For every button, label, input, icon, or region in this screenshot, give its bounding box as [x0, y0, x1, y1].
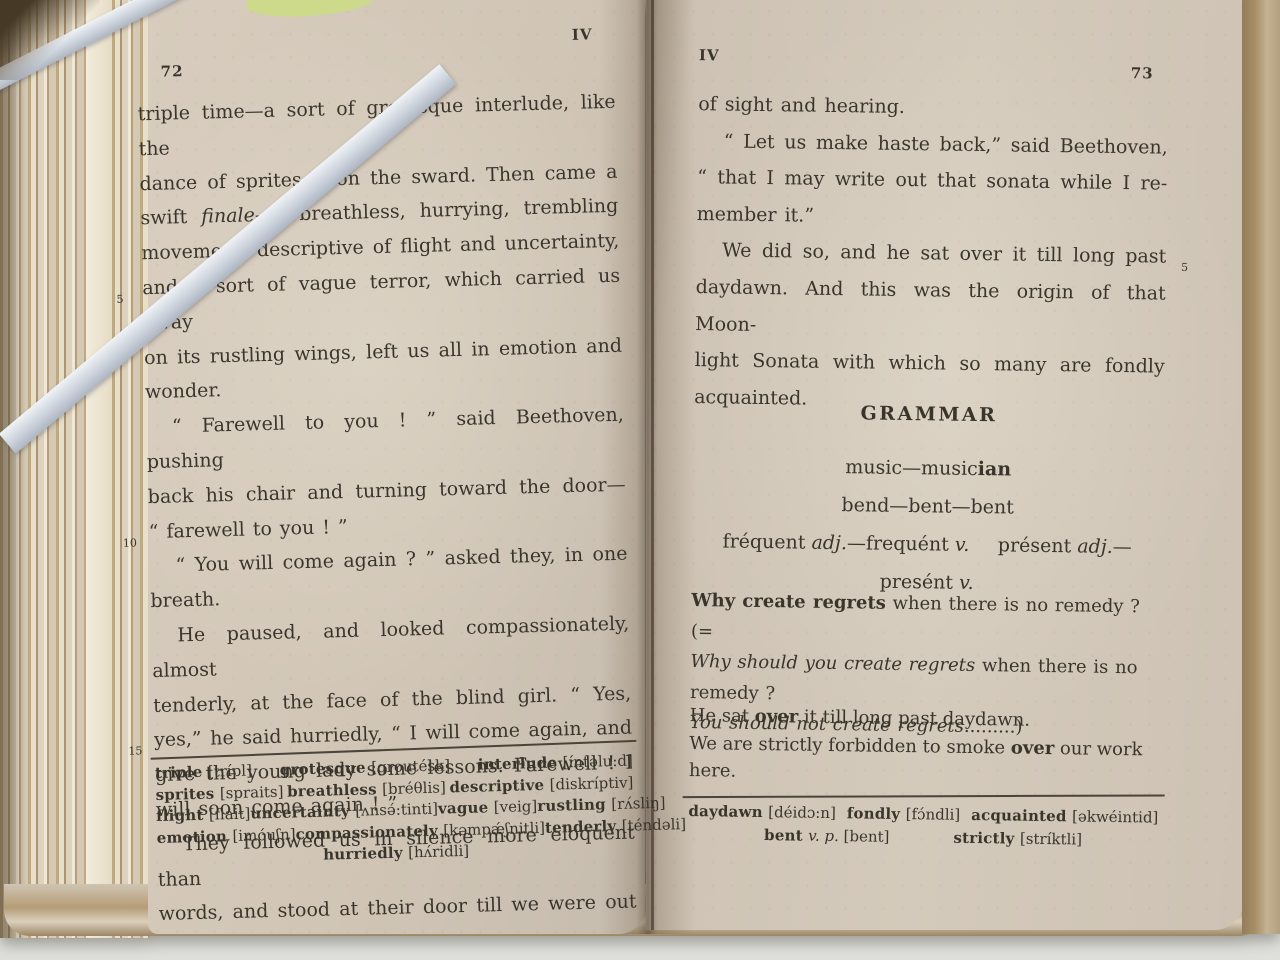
text-segment: fréquent — [722, 530, 811, 553]
text-segment: [veig] — [494, 797, 538, 816]
text-segment: strictly — [953, 829, 1020, 848]
text-segment: [spraits] — [220, 782, 284, 802]
vocab-entry: flight [flait] — [156, 804, 251, 828]
dark-corner — [0, 0, 100, 80]
book-photo: 72 IV triple time—a sort of grotesque in… — [0, 0, 1280, 960]
text-segment: of sight and hearing. — [698, 93, 905, 118]
grammar-drill-lines: music—musicianbend—bent—bentfréquent adj… — [691, 446, 1163, 605]
text-segment: [ʌnsə́:tinti] — [355, 800, 438, 820]
text-segment: [imóuʃn] — [232, 825, 296, 845]
text-segment: [əkwéintid] — [1072, 807, 1159, 826]
text-segment: yes,” he said hurriedly, “ I will come a… — [154, 717, 632, 752]
text-segment: over — [1011, 737, 1055, 759]
page-edge-highlight — [86, 0, 112, 938]
text-segment: descriptive — [449, 775, 550, 796]
grammar-example-lines: He sat over it till long past daydawn.We… — [689, 702, 1160, 791]
text-segment: ian — [978, 458, 1012, 480]
text-segment: swift — [140, 206, 201, 230]
text-segment: We did so, and he sat over it till long … — [722, 240, 1166, 268]
text-segment: He sat — [690, 705, 755, 727]
text-segment: over — [755, 706, 799, 728]
text-line: We are strictly forbidden to smoke over … — [689, 730, 1160, 792]
text-segment: [stríktli] — [1020, 830, 1082, 849]
text-line: Why create regrets when there is no reme… — [691, 586, 1162, 654]
open-book: 72 IV triple time—a sort of grotesque in… — [0, 0, 1280, 940]
text-segment: [íntəlu:d] — [562, 752, 633, 772]
text-segment: [rʌ́sliŋ] — [611, 794, 666, 813]
gutter-crease — [651, 0, 654, 930]
vocab-entry: acquainted [əkwéintid] — [971, 804, 1159, 830]
text-segment: “ Farewell to you ! ” said Beethoven, pu… — [147, 404, 625, 473]
text-segment: music—music — [845, 456, 978, 480]
text-segment: back his chair and turning toward the do… — [147, 473, 625, 508]
text-segment: bend—bent—bent — [841, 494, 1014, 518]
left-chapter-marker: IV — [572, 25, 593, 44]
right-vocab-rule — [683, 794, 1165, 798]
text-segment: compassionately — [295, 821, 443, 843]
left-page-number: 72 — [160, 62, 183, 81]
text-segment: grotesque — [280, 758, 372, 778]
text-segment: adj. — [811, 532, 847, 554]
text-line: He paused, and looked compassionately, a… — [151, 607, 631, 689]
text-segment: [déidɔ:n] — [768, 803, 836, 822]
text-segment: rustling — [537, 795, 611, 815]
right-body-text: of sight and hearing.“ Let us make haste… — [694, 86, 1169, 422]
text-segment: Why should you create regrets — [690, 651, 975, 676]
text-segment: [trípl] — [208, 762, 253, 781]
text-segment: Why create regrets — [691, 590, 886, 614]
text-line: daydawn. And this was the origin of that… — [695, 269, 1166, 349]
text-segment: flight — [156, 806, 209, 825]
text-line: “ Farewell to you ! ” said Beethoven, pu… — [145, 398, 625, 480]
right-page-edge — [1242, 0, 1280, 934]
text-segment: sprites — [155, 784, 220, 804]
text-segment: [téndəli] — [621, 815, 686, 835]
text-segment: v. — [955, 534, 970, 556]
text-segment: [fɔ́ndli] — [906, 805, 961, 824]
text-segment: [kəmpǽʃnitli] — [443, 818, 545, 839]
text-segment: on its rustling wings, left us all in em… — [144, 334, 622, 369]
text-segment: daydawn — [688, 802, 768, 821]
vocab-entry: fondly [fɔ́ndli] — [847, 802, 961, 827]
text-segment: uncertainty — [250, 802, 355, 823]
right-vocab-list: daydawn [déidɔ:n]fondly [fɔ́ndli]acquain… — [688, 800, 1159, 853]
line-number: 15 — [128, 735, 143, 770]
text-segment: [groutésk] — [371, 756, 450, 776]
text-segment: emotion — [156, 827, 232, 847]
text-segment: interlude — [478, 753, 563, 773]
vocab-entry: emotion [imóuʃn] — [156, 824, 295, 849]
line-number: 5 — [116, 283, 124, 318]
line-number: 10 — [123, 526, 138, 561]
text-segment: [flait] — [209, 805, 251, 824]
text-segment: hurriedly — [323, 843, 408, 863]
text-segment: acquainted — [971, 806, 1072, 825]
right-page-content: IV 73 of sight and hearing.“ Let us make… — [687, 0, 1170, 940]
text-line: bend—bent—bent — [692, 484, 1162, 529]
vocab-entry: tenderly [téndəli] — [545, 814, 687, 839]
text-segment: vague — [438, 798, 494, 817]
text-segment: “ Let us make haste back,” said Beethove… — [724, 130, 1168, 158]
text-segment: bent — [764, 826, 808, 845]
text-segment: [hʌ́ridli] — [408, 842, 469, 862]
text-segment: —frequént — [847, 532, 955, 556]
text-segment: He paused, and looked compassionately, a… — [152, 613, 630, 682]
text-segment: v. p. — [808, 827, 844, 845]
text-segment: fondly — [847, 804, 906, 823]
text-segment: wonder. — [145, 380, 222, 404]
text-segment: [bent] — [843, 827, 889, 846]
vocab-entry: triple [trípl] — [155, 761, 253, 785]
text-segment: member it.” — [697, 203, 815, 227]
text-segment: “ farewell to you ! ” — [148, 515, 348, 542]
vocab-entry: strictly [stríktli] — [953, 827, 1082, 852]
text-segment: présent — [969, 534, 1077, 558]
text-segment: it till long past daydawn. — [798, 707, 1030, 731]
text-segment: daydawn. And this was the origin of that… — [695, 276, 1166, 335]
right-chapter-marker: IV — [699, 46, 720, 64]
text-segment: tenderly, at the face of the blind girl.… — [153, 682, 631, 717]
text-segment: We are strictly forbidden to smoke — [689, 733, 1011, 758]
text-segment: “ You will come again ? ” asked they, in… — [175, 543, 627, 577]
right-page-number: 73 — [1131, 64, 1154, 82]
text-segment: breath. — [150, 588, 220, 612]
vocab-entry: vague [veig] — [438, 796, 538, 820]
vocab-entry: daydawn [déidɔ:n] — [688, 800, 836, 825]
text-segment: tenderly — [545, 816, 622, 836]
text-segment: dance of sprites upon the sward. Then ca… — [139, 160, 617, 195]
left-page-edges — [0, 0, 150, 938]
text-segment: words, and stood at their door till we w… — [158, 891, 636, 926]
text-segment: adj. — [1077, 535, 1113, 557]
vocab-entry: hurriedly [hʌ́ridli] — [323, 841, 470, 866]
left-vocab-list: triple [trípl]grotesque [groutésk]interl… — [155, 751, 636, 871]
text-segment: light Sonata with which so many are fond… — [695, 349, 1165, 378]
text-segment: [diskríptiv] — [549, 773, 633, 793]
vocab-entry: bent v. p. [bent] — [764, 824, 890, 849]
text-segment: [bréθlis] — [382, 778, 446, 798]
text-segment: “ that I may write out that sonata while… — [697, 166, 1167, 195]
text-segment: breathless — [287, 780, 382, 800]
text-segment: triple — [155, 763, 208, 782]
text-line: music—musician — [693, 446, 1163, 491]
